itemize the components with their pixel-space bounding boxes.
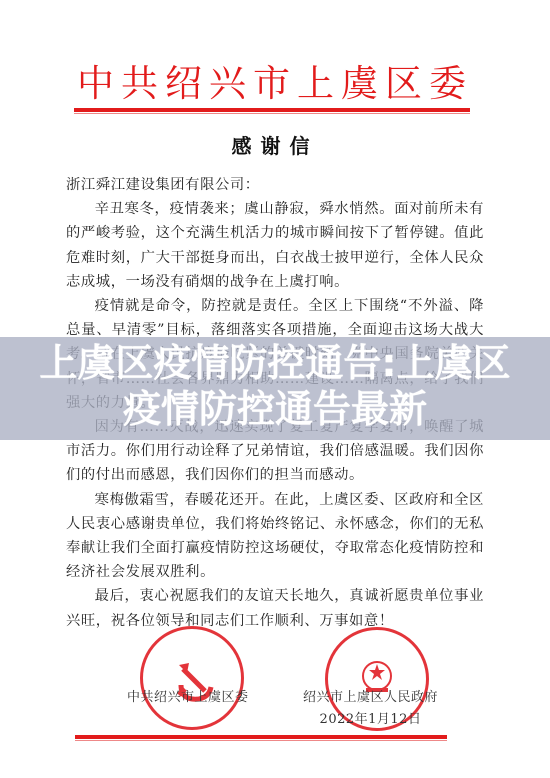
salutation: 浙江舜江建设集团有限公司： <box>66 173 484 197</box>
paragraph-1: 辛丑寒冬，疫情袭来；虞山静寂，舜水悄然。面对前所未有的严峻考验，这个充满生机活力… <box>66 197 484 294</box>
headline-overlay-title: 上虞区疫情防控通告:上虞区 疫情防控通告最新 <box>0 340 550 432</box>
org-letterhead-title: 中共绍兴市上虞区委 <box>0 62 550 106</box>
letter-page: 中共绍兴市上虞区委 感谢信 浙江舜江建设集团有限公司： 辛丑寒冬，疫情袭来；虞山… <box>0 0 550 778</box>
party-committee-seal-icon <box>140 626 244 730</box>
letterhead-red-rule <box>74 108 470 112</box>
signature-government-name: 绍兴市上虞区人民政府 <box>303 690 438 705</box>
signature-party-committee: 中共绍兴市上虞区委 <box>127 686 249 705</box>
headline-line-1: 上虞区疫情防控通告:上虞区 <box>0 340 550 386</box>
paragraph-4: 寒梅傲霜雪，春暖花还开。在此，上虞区委、区政府和全区人民衷心感谢贵单位，我们将始… <box>66 488 484 585</box>
headline-line-2: 疫情防控通告最新 <box>0 386 550 432</box>
letter-title: 感谢信 <box>0 130 550 159</box>
paragraph-5: 最后，衷心祝愿我们的友谊天长地久，真诚祈愿贵单位事业兴旺，祝各位领导和同志们工作… <box>66 584 484 632</box>
signature-date: 2022年1月12日 <box>303 708 438 727</box>
footer-red-rule <box>75 735 447 739</box>
signature-government: 绍兴市上虞区人民政府 2022年1月12日 <box>303 686 438 727</box>
